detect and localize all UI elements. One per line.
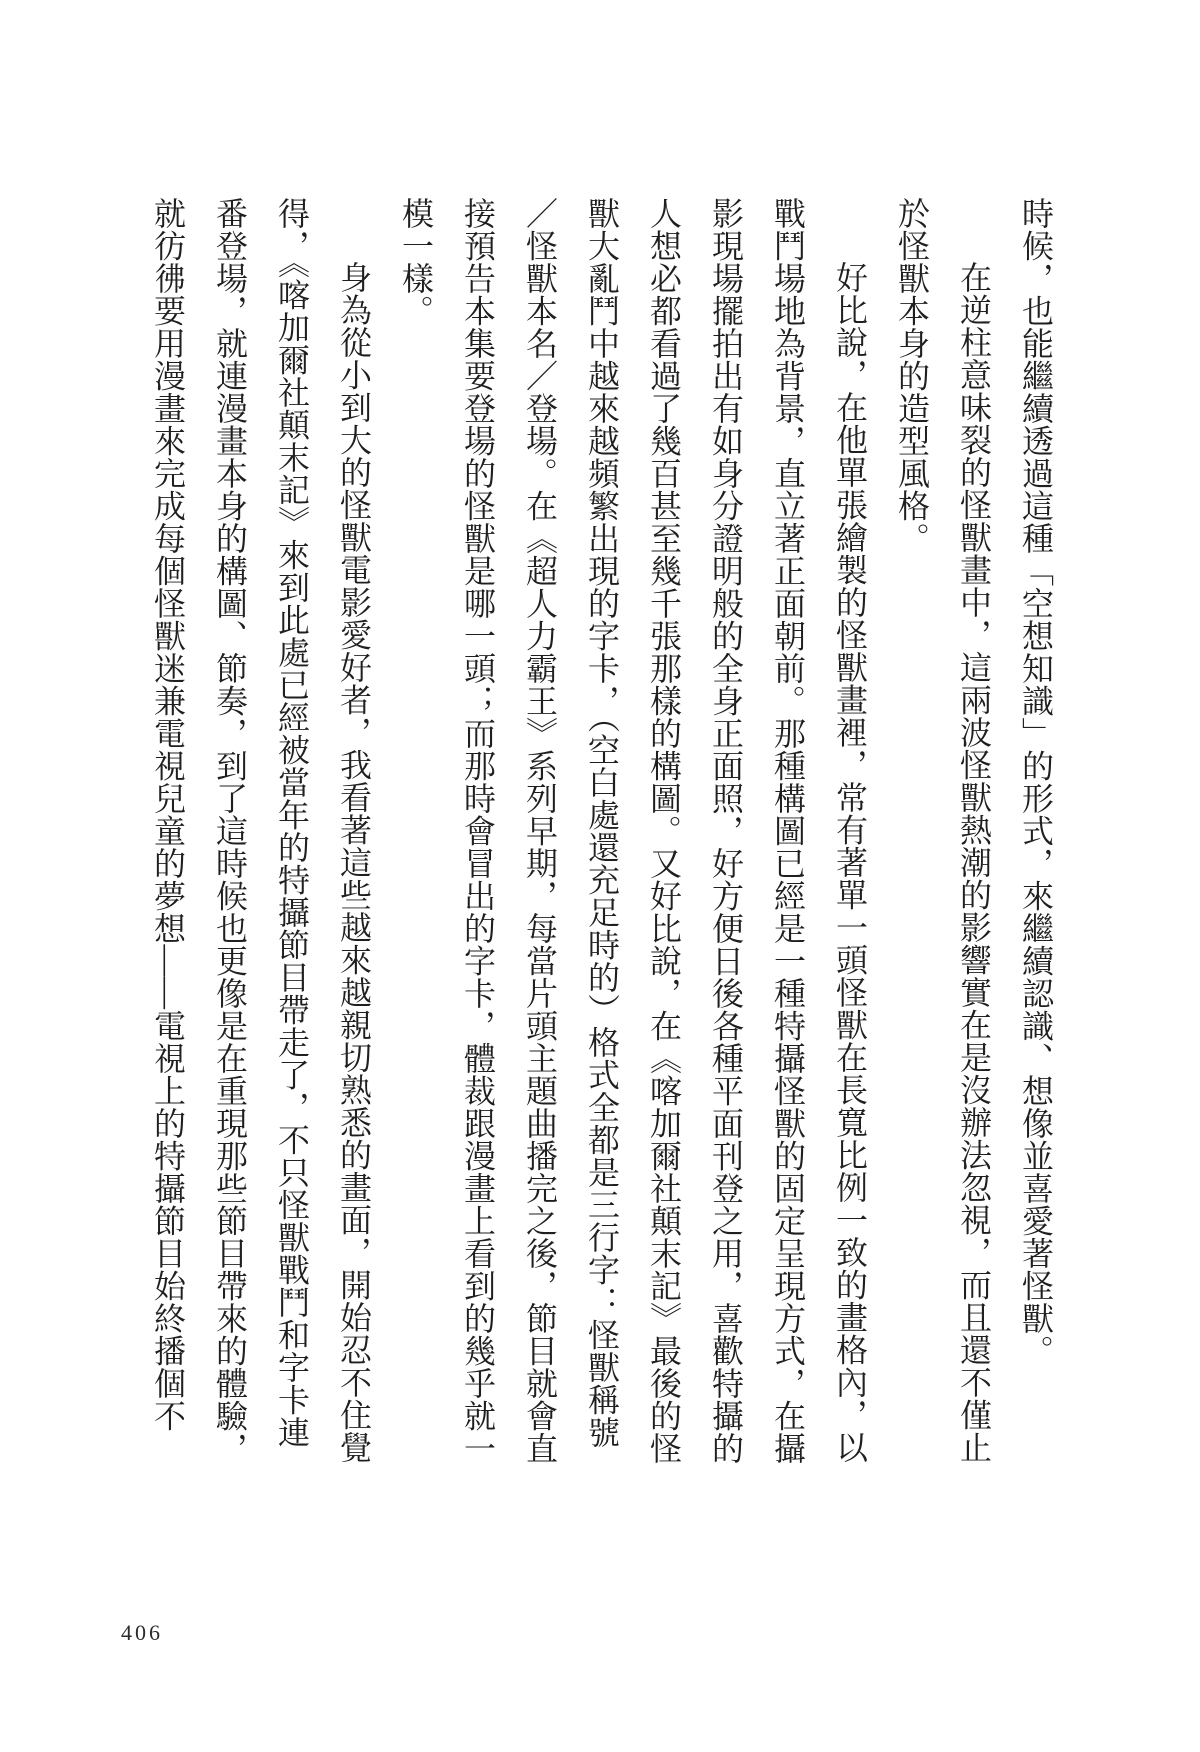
text-column: 在逆柱意味裂的怪獸畫中，這兩波怪獸熱潮的影響實在是沒辦法忽視，而且還不僅止 xyxy=(943,197,1005,1482)
text-column: 人想必都看過了幾百甚至幾千張那樣的構圖。又好比說，在《喀加爾社顛末記》最後的怪 xyxy=(633,197,695,1482)
text-column: 番登場，就連漫畫本身的構圖、節奏，到了這時候也更像是在重現那些節目帶來的體驗， xyxy=(199,197,261,1482)
text-column: 時候，也能繼續透過這種「空想知識」的形式，來繼續認識、想像並喜愛著怪獸。 xyxy=(1005,197,1067,1482)
book-page: 時候，也能繼續透過這種「空想知識」的形式，來繼續認識、想像並喜愛著怪獸。在逆柱意… xyxy=(0,0,1200,1752)
text-column: 就彷彿要用漫畫來完成每個怪獸迷兼電視兒童的夢想——電視上的特攝節目始終播個不 xyxy=(137,197,199,1482)
text-column: 戰鬥場地為背景，直立著正面朝前。那種構圖已經是一種特攝怪獸的固定呈現方式，在攝 xyxy=(757,197,819,1482)
page-number: 406 xyxy=(121,1620,163,1646)
text-column: 好比說，在他單張繪製的怪獸畫裡，常有著單一頭怪獸在長寬比例一致的畫格內，以 xyxy=(819,197,881,1482)
text-column: 身為從小到大的怪獸電影愛好者，我看著這些越來越親切熟悉的畫面，開始忍不住覺 xyxy=(323,197,385,1482)
text-column: 影現場擺拍出有如身分證明般的全身正面照，好方便日後各種平面刊登之用，喜歡特攝的 xyxy=(695,197,757,1482)
text-column: 獸大亂鬥中越來越頻繁出現的字卡，（空白處還充足時的）格式全都是三行字：怪獸稱號 xyxy=(571,197,633,1482)
vertical-text-block: 時候，也能繼續透過這種「空想知識」的形式，來繼續認識、想像並喜愛著怪獸。在逆柱意… xyxy=(137,197,1067,1482)
text-column: ／怪獸本名／登場。在《超人力霸王》系列早期，每當片頭主題曲播完之後，節目就會直 xyxy=(509,197,571,1482)
text-column: 模一樣。 xyxy=(385,197,447,1482)
text-column: 於怪獸本身的造型風格。 xyxy=(881,197,943,1482)
text-column: 得，《喀加爾社顛末記》來到此處已經被當年的特攝節目帶走了，不只怪獸戰鬥和字卡連 xyxy=(261,197,323,1482)
text-column: 接預告本集要登場的怪獸是哪一頭；而那時會冒出的字卡，體裁跟漫畫上看到的幾乎就一 xyxy=(447,197,509,1482)
